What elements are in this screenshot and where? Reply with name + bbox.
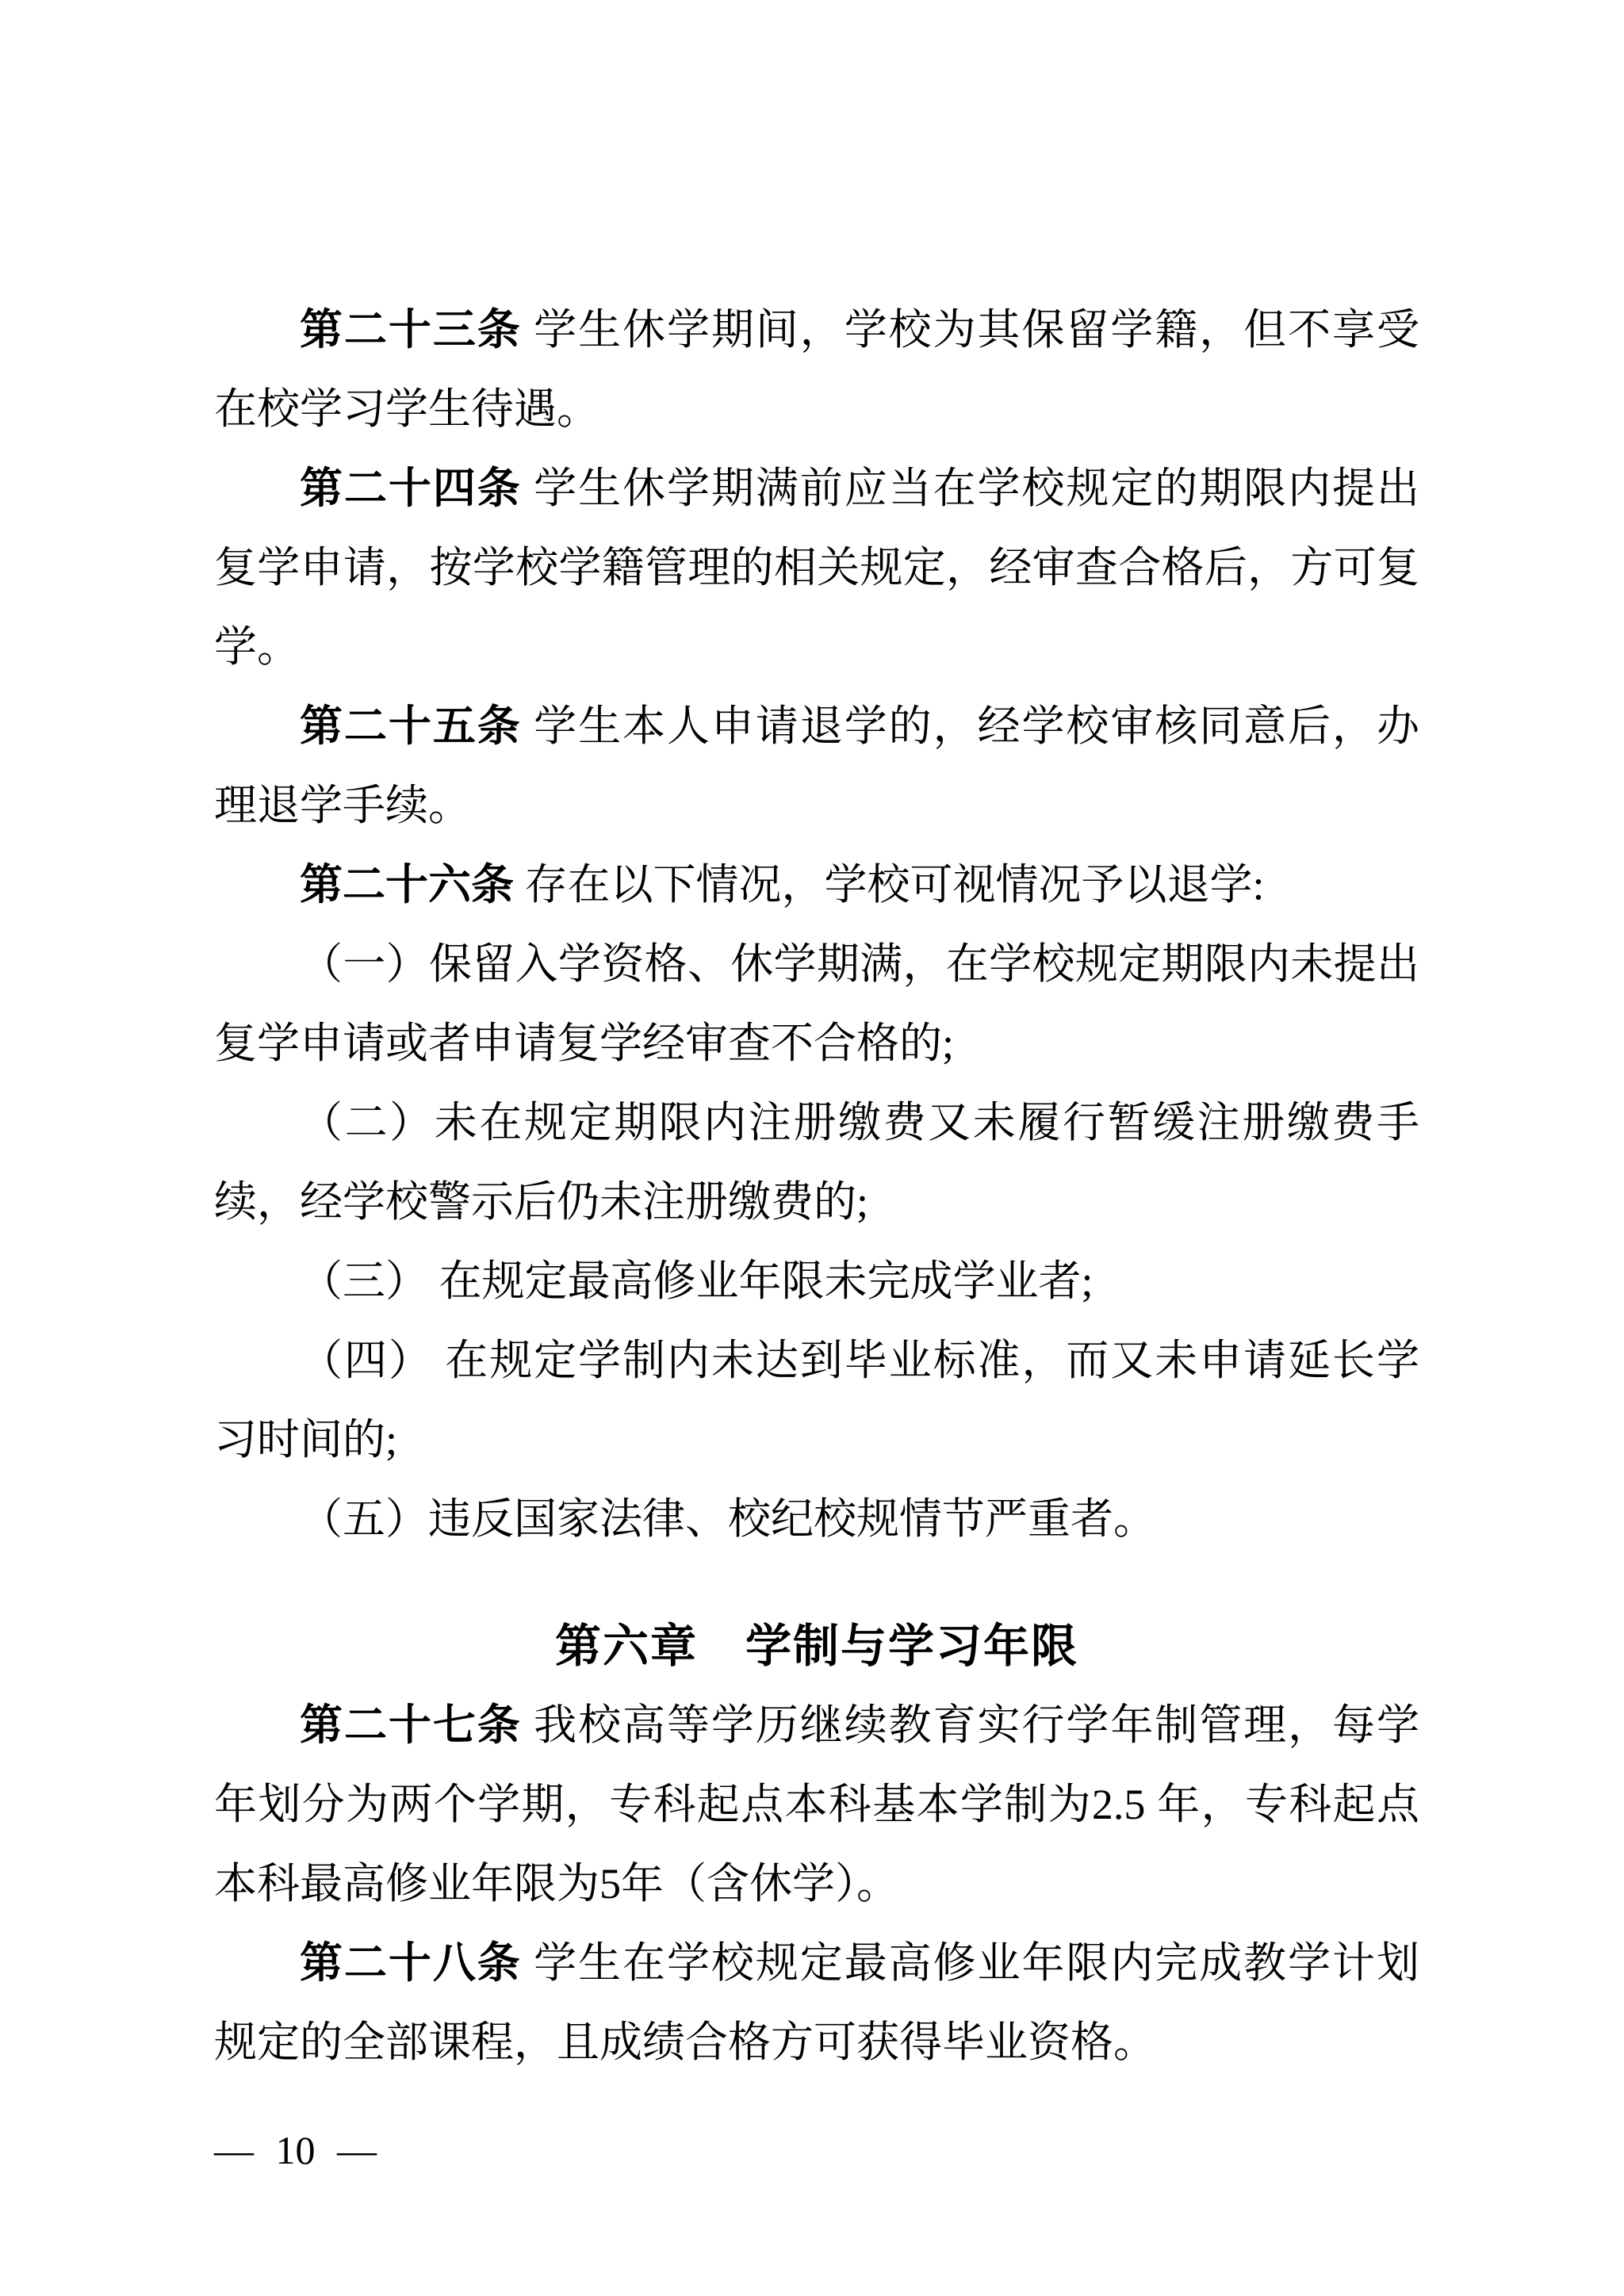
article-23-number: 第二十三条	[300, 306, 522, 354]
list-item-5: （五）违反国家法律、校纪校规情节严重者。	[214, 1479, 1419, 1559]
article-28-number: 第二十八条	[300, 1939, 522, 1987]
article-26-number: 第二十六条	[300, 861, 514, 909]
article-27-number: 第二十七条	[300, 1701, 522, 1749]
article-28-paragraph: 第二十八条 学生在学校规定最高修业年限内完成教学计划规定的全部课程，且成绩合格方…	[214, 1923, 1419, 2082]
article-27-paragraph: 第二十七条 我校高等学历继续教育实行学年制管理，每学年划分为两个学期，专科起点本…	[214, 1686, 1419, 1923]
list-item-2-text: （二）未在规定期限内注册缴费又未履行暂缓注册缴费手续，经学校警示后仍未注册缴费的…	[214, 1099, 1419, 1226]
page-number: — 10 —	[214, 2126, 377, 2174]
list-item-4: （四） 在规定学制内未达到毕业标准，而又未申请延长学习时间的;	[214, 1321, 1419, 1479]
article-26-paragraph: 第二十六条 存在以下情况，学校可视情况予以退学:	[214, 845, 1419, 924]
document-body: 第二十三条 学生休学期间，学校为其保留学籍，但不享受在校学习学生待遇。 第二十四…	[214, 290, 1419, 2082]
article-24-paragraph: 第二十四条 学生休学期满前应当在学校规定的期限内提出复学申请，按学校学籍管理的相…	[214, 449, 1419, 687]
article-23-paragraph: 第二十三条 学生休学期间，学校为其保留学籍，但不享受在校学习学生待遇。	[214, 290, 1419, 449]
list-item-4-text: （四） 在规定学制内未达到毕业标准，而又未申请延长学习时间的;	[214, 1337, 1419, 1464]
list-item-1: （一）保留入学资格、休学期满，在学校规定期限内未提出复学申请或者申请复学经审查不…	[214, 924, 1419, 1083]
article-25-number: 第二十五条	[300, 702, 522, 750]
article-26-text: 存在以下情况，学校可视情况予以退学:	[514, 861, 1265, 909]
article-25-paragraph: 第二十五条 学生本人申请退学的，经学校审核同意后，办理退学手续。	[214, 687, 1419, 845]
list-item-3: （三） 在规定最高修业年限未完成学业者;	[214, 1242, 1419, 1321]
list-item-5-text: （五）违反国家法律、校纪校规情节严重者。	[300, 1495, 1156, 1543]
chapter-heading: 第六章 学制与学习年限	[214, 1606, 1419, 1686]
document-page: 第二十三条 学生休学期间，学校为其保留学籍，但不享受在校学习学生待遇。 第二十四…	[0, 0, 1624, 2296]
article-24-number: 第二十四条	[300, 465, 522, 512]
list-item-2: （二）未在规定期限内注册缴费又未履行暂缓注册缴费手续，经学校警示后仍未注册缴费的…	[214, 1083, 1419, 1242]
list-item-3-text: （三） 在规定最高修业年限未完成学业者;	[300, 1257, 1094, 1305]
list-item-1-text: （一）保留入学资格、休学期满，在学校规定期限内未提出复学申请或者申请复学经审查不…	[214, 940, 1419, 1067]
